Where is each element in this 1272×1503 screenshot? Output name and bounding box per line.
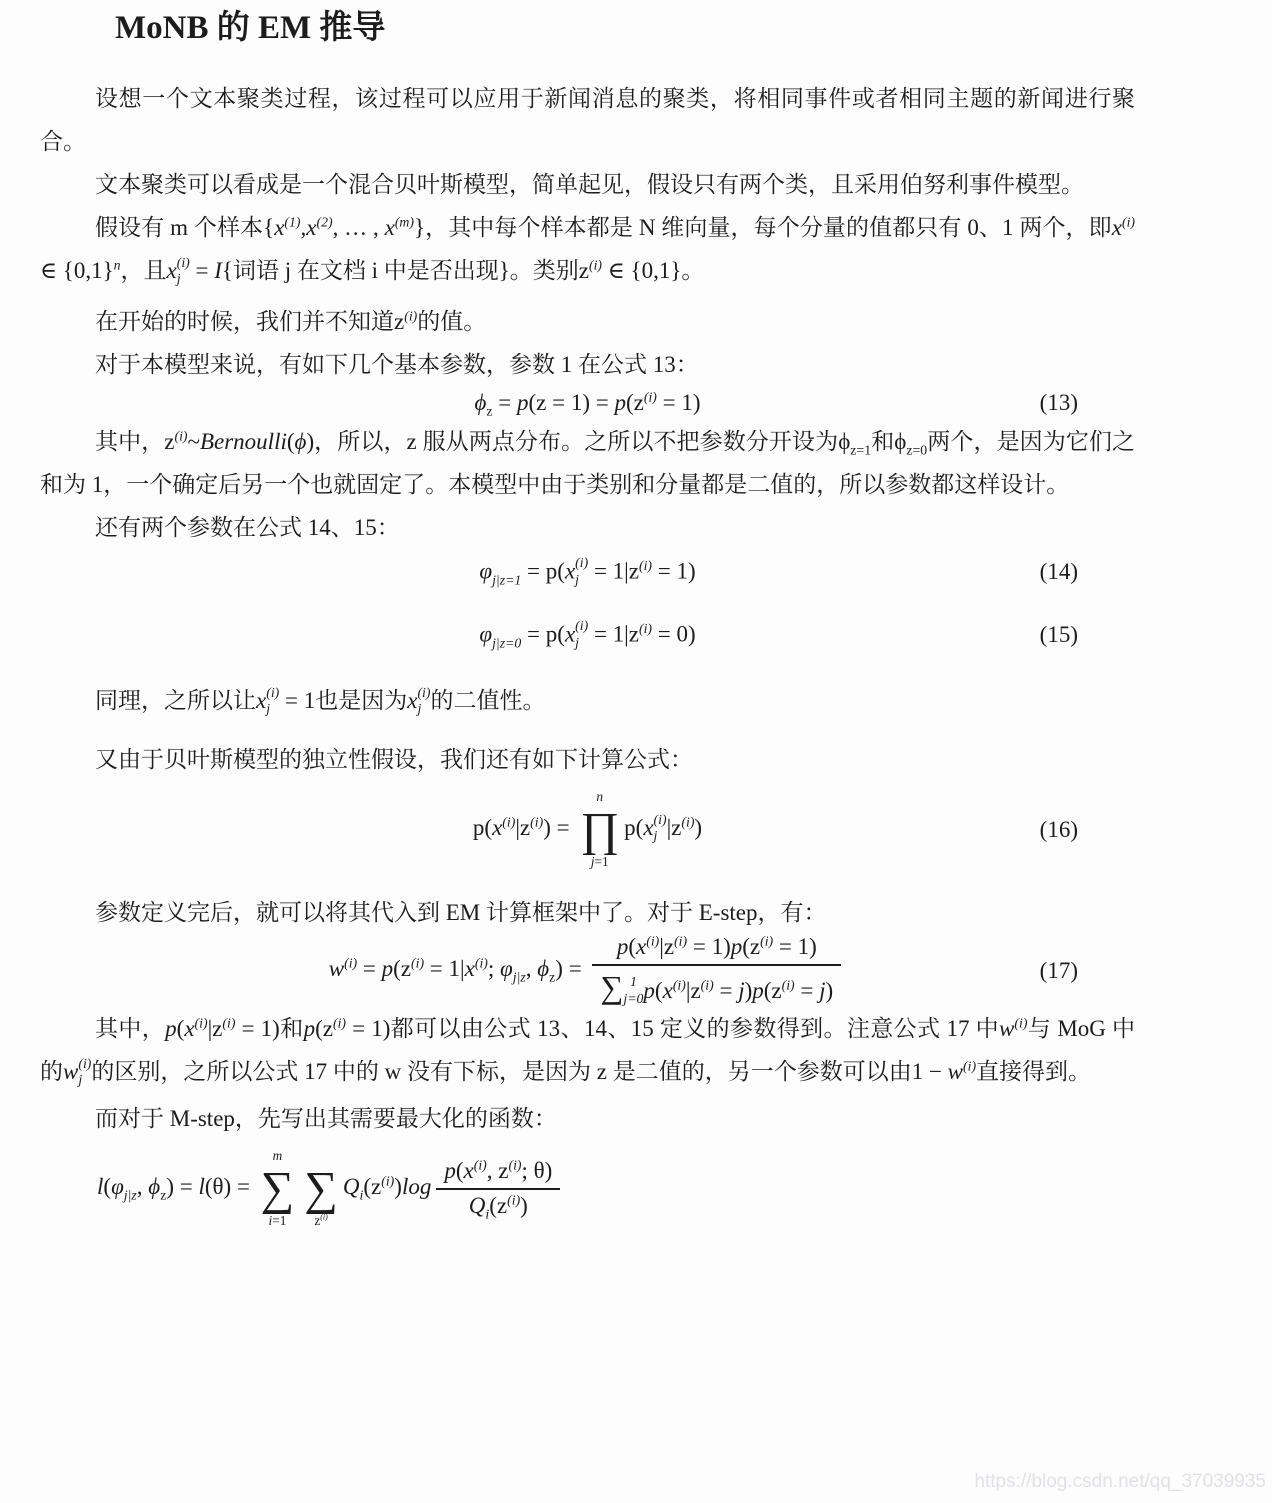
document-page: MoNB 的 EM 推导 设想一个文本聚类过程，该过程可以应用于新闻消息的聚类，… [0,0,1272,1503]
paragraph-w-explanation: 其中，p(x(i)|z(i) = 1)和p(z(i) = 1)都可以由公式 13… [40,1007,1232,1093]
formula-17-body: w(i) = p(z(i) = 1|x(i); φj|z, ϕz) = p(x(… [329,934,846,1007]
paragraph-two-more-params: 还有两个参数在公式 14、15： [40,506,1232,549]
equation-number-13: (13) [1040,390,1078,416]
formula-13: ϕz = p(z = 1) = p(z(i) = 1) (13) [40,390,1232,416]
paragraph-params-intro: 对于本模型来说，有如下几个基本参数，参数 1 在公式 13： [40,343,1232,386]
page-title: MoNB 的 EM 推导 [115,8,1232,49]
paragraph-independence: 又由于贝叶斯模型的独立性假设，我们还有如下计算公式： [40,738,1232,781]
equation-number-17: (17) [1040,958,1078,984]
equation-number-15: (15) [1040,622,1078,648]
equation-number-16: (16) [1040,817,1078,843]
paragraph-bayes-model: 文本聚类可以看成是一个混合贝叶斯模型，简单起见，假设只有两个类，且采用伯努利事件… [40,163,1232,206]
equation-number-14: (14) [1040,559,1078,585]
paragraph-binary-reason: 同理，之所以让x(i)j = 1也是因为x(i)j的二值性。 [40,679,1232,722]
formula-15-body: φj|z=0 = p(x(i)j = 1|z(i) = 0) [479,618,695,651]
paragraph-samples-definition: 假设有 m 个样本{x(1),x(2), … , x(m)}，其中每个样本都是 … [40,206,1232,292]
formula-15: φj|z=0 = p(x(i)j = 1|z(i) = 0) (15) [40,618,1232,651]
paragraph-intro-clustering: 设想一个文本聚类过程，该过程可以应用于新闻消息的聚类，将相同事件或者相同主题的新… [40,77,1232,163]
paragraph-unknown-z: 在开始的时候，我们并不知道z(i)的值。 [40,300,1232,343]
formula-likelihood: l(φj|z, ϕz) = l(θ) = m∑i=1∑z(i)Qi(z(i))l… [40,1148,1232,1229]
formula-16-body: p(x(i)|z(i)) = n∏j=1p(x(i)j|z(i)) [473,789,702,870]
formula-17: w(i) = p(z(i) = 1|x(i); φj|z, ϕz) = p(x(… [40,934,1232,1007]
formula-likelihood-body: l(φj|z, ϕz) = l(θ) = m∑i=1∑z(i)Qi(z(i))l… [97,1148,565,1229]
formula-14-body: φj|z=1 = p(x(i)j = 1|z(i) = 1) [479,555,695,588]
formula-16: p(x(i)|z(i)) = n∏j=1p(x(i)j|z(i)) (16) [40,789,1232,870]
paragraph-mstep-intro: 而对于 M-step，先写出其需要最大化的函数： [40,1097,1232,1140]
formula-14: φj|z=1 = p(x(i)j = 1|z(i) = 1) (14) [40,555,1232,588]
formula-13-body: ϕz = p(z = 1) = p(z(i) = 1) [474,390,700,416]
paragraph-bernoulli-explanation: 其中，z(i)~Bernoulli(ϕ)，所以，z 服从两点分布。之所以不把参数… [40,420,1232,506]
csdn-watermark: https://blog.csdn.net/qq_37039935 [974,1471,1266,1493]
paragraph-estep-intro: 参数定义完后，就可以将其代入到 EM 计算框架中了。对于 E-step，有： [40,891,1232,934]
